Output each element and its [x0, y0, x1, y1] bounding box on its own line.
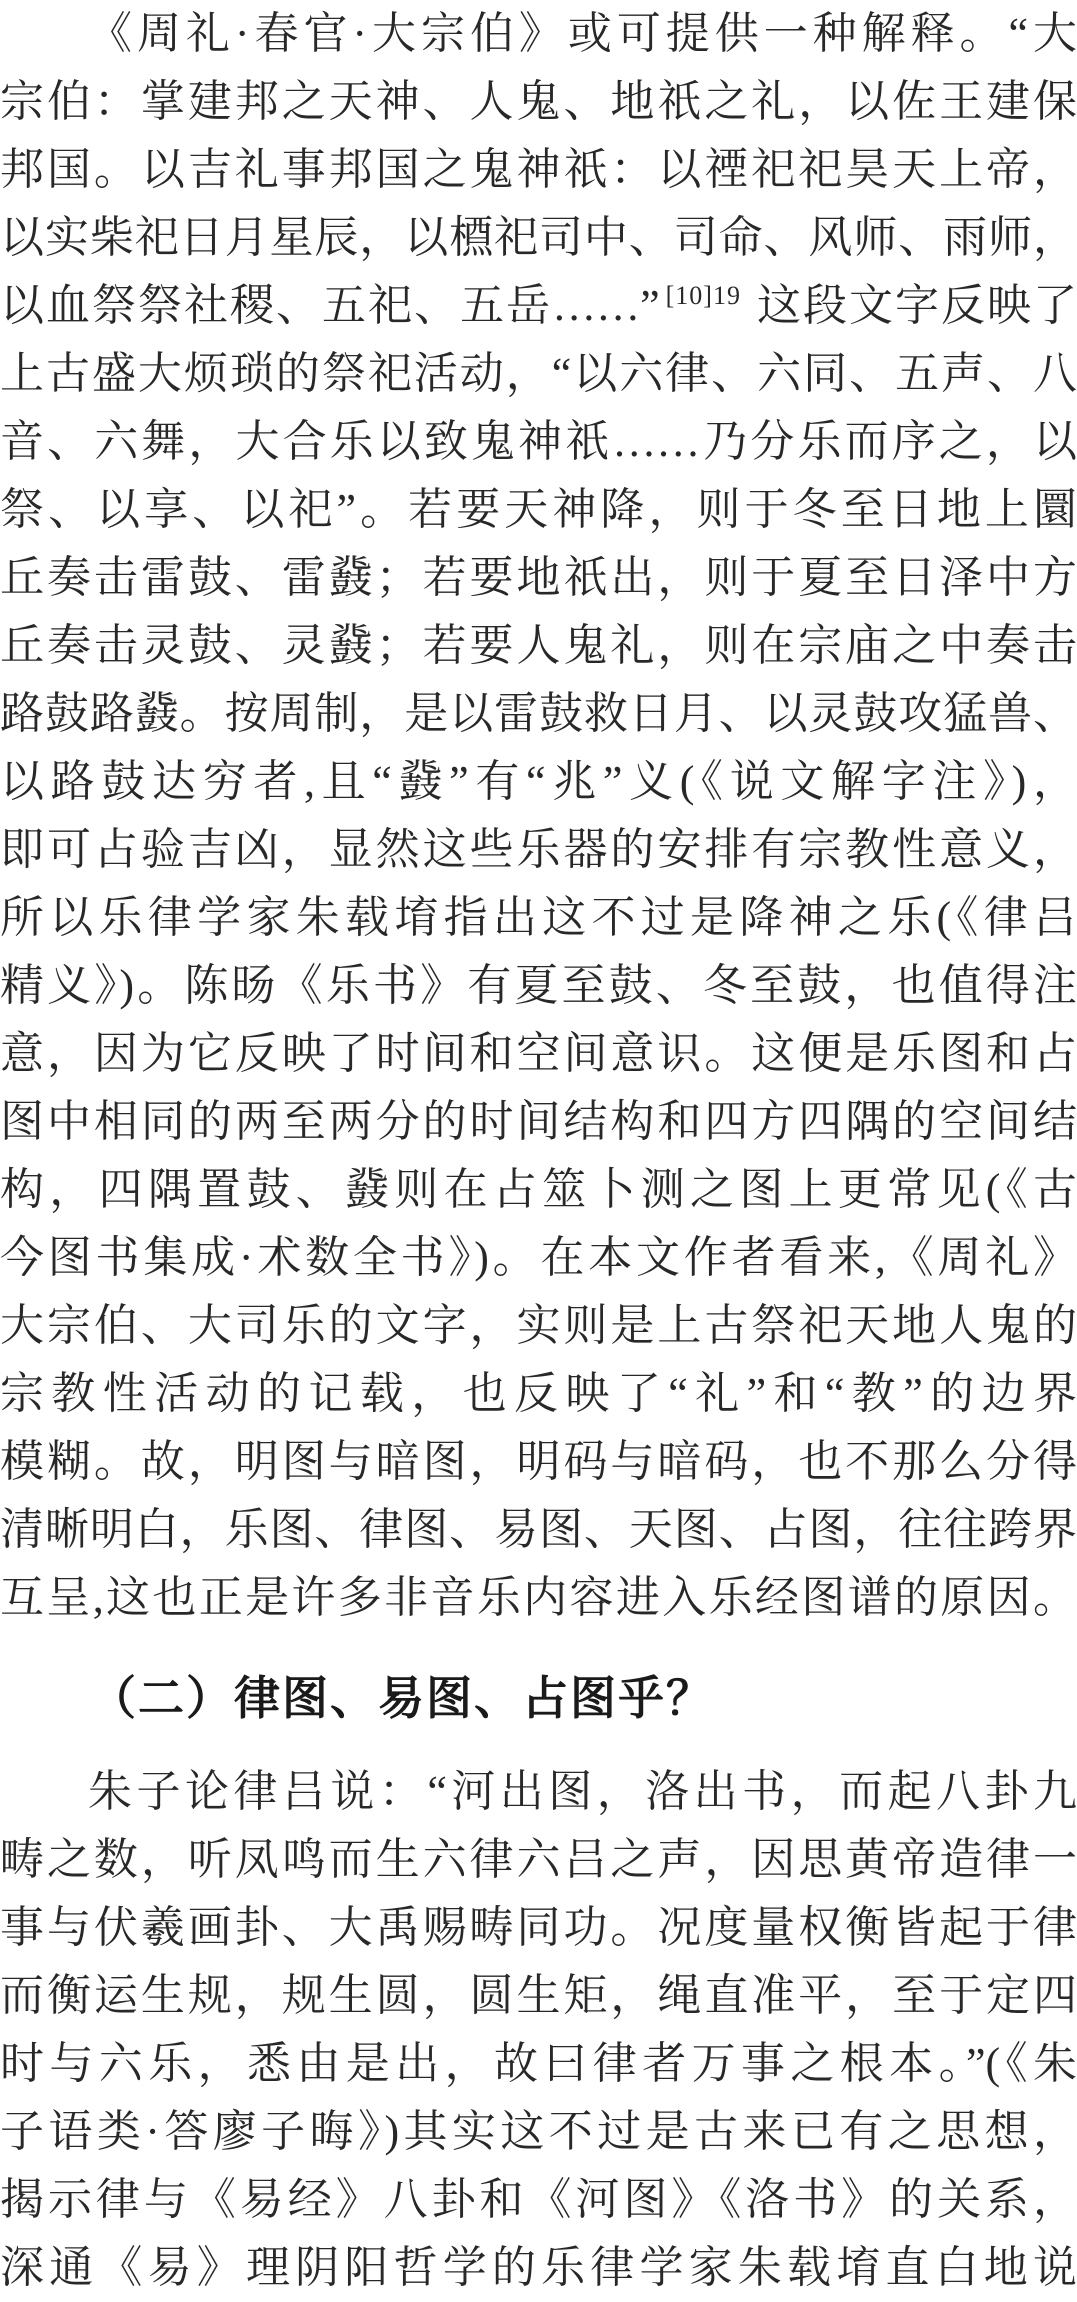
- text-line: 路鼓路鼗。按周制，是以雷鼓救日月、以灵鼓攻猛兽、: [0, 680, 1077, 748]
- paragraph-ritual-sacrifice: 《周礼·春官·大宗伯》或可提供一种解释。“大宗伯：掌建邦之天神、人鬼、地祇之礼，…: [0, 0, 1077, 1632]
- text-line: 子语类·答廖子晦》)其实这不过是古来已有之思想，: [0, 2098, 1077, 2166]
- text-line: 精义》)。陈旸《乐书》有夏至鼓、冬至鼓，也值得注: [0, 952, 1077, 1020]
- text-line: 邦国。以吉礼事邦国之鬼神祇：以禋祀祀昊天上帝，: [0, 136, 1077, 204]
- text-line: 以实柴祀日月星辰，以槱祀司中、司命、风师、雨师，: [0, 204, 1077, 272]
- section-heading: （二）律图、易图、占图乎？: [0, 1662, 1077, 1736]
- body-text: 这段文字反映了: [755, 281, 1077, 330]
- text-line: 畴之数，听凤鸣而生六律六吕之声，因思黄帝造律一: [0, 1826, 1077, 1894]
- text-line: 模糊。故，明图与暗图，明码与暗码，也不那么分得: [0, 1428, 1077, 1496]
- text-line: 宗教性活动的记载，也反映了“礼”和“教”的边界: [0, 1360, 1077, 1428]
- quote-text: 以血祭祭社稷、五祀、五岳……”: [0, 281, 660, 330]
- text-line: 祭、以享、以祀”。若要天神降，则于冬至日地上圜: [0, 476, 1077, 544]
- text-line: 即可占验吉凶，显然这些乐器的安排有宗教性意义，: [0, 816, 1077, 884]
- text-line: 《周礼·春官·大宗伯》或可提供一种解释。“大: [0, 0, 1077, 68]
- text-line: 时与六乐，悉由是出，故曰律者万事之根本。”(《朱: [0, 2030, 1077, 2098]
- text-line: 深通《易》理阴阳哲学的乐律学家朱载堉直白地说: [0, 2234, 1077, 2302]
- paragraph-zhuzi-lvlv: 朱子论律吕说：“河出图，洛出书，而起八卦九畴之数，听凤鸣而生六律六吕之声，因思黄…: [0, 1758, 1077, 2302]
- text-line: 朱子论律吕说：“河出图，洛出书，而起八卦九: [0, 1758, 1077, 1826]
- text-line: 丘奏击雷鼓、雷鼗；若要地祇出，则于夏至日泽中方: [0, 544, 1077, 612]
- text-line: 上古盛大烦琐的祭祀活动，“以六律、六同、五声、八: [0, 340, 1077, 408]
- text-line: 意，因为它反映了时间和空间意识。这便是乐图和占: [0, 1020, 1077, 1088]
- text-line: 大宗伯、大司乐的文字，实则是上古祭祀天地人鬼的: [0, 1292, 1077, 1360]
- text-line: 图中相同的两至两分的时间结构和四方四隅的空间结: [0, 1088, 1077, 1156]
- text-line: 以路鼓达穷者,且“鼗”有“兆”义(《说文解字注》)，: [0, 748, 1077, 816]
- text-line: 构，四隅置鼓、鼗则在占筮卜测之图上更常见(《古: [0, 1156, 1077, 1224]
- text-line: 音、六舞，大合乐以致鬼神祇……乃分乐而序之，以: [0, 408, 1077, 476]
- text-line: 以血祭祭社稷、五祀、五岳……”[10]19这段文字反映了: [0, 272, 1077, 340]
- text-line: 互呈,这也正是许多非音乐内容进入乐经图谱的原因。: [0, 1564, 1077, 1632]
- document-page: 《周礼·春官·大宗伯》或可提供一种解释。“大宗伯：掌建邦之天神、人鬼、地祇之礼，…: [0, 0, 1077, 2302]
- citation-ref: [10]19: [666, 281, 741, 310]
- text-line: 今图书集成·术数全书》)。在本文作者看来,《周礼》: [0, 1224, 1077, 1292]
- text-line: 清晰明白，乐图、律图、易图、天图、占图，往往跨界: [0, 1496, 1077, 1564]
- text-line: 揭示律与《易经》八卦和《河图》《洛书》的关系，: [0, 2166, 1077, 2234]
- text-line: 而衡运生规，规生圆，圆生矩，绳直准平，至于定四: [0, 1962, 1077, 2030]
- text-line: 所以乐律学家朱载堉指出这不过是降神之乐(《律吕: [0, 884, 1077, 952]
- text-line: 宗伯：掌建邦之天神、人鬼、地祇之礼，以佐王建保: [0, 68, 1077, 136]
- text-line: 事与伏羲画卦、大禹赐畴同功。况度量权衡皆起于律: [0, 1894, 1077, 1962]
- text-line: 丘奏击灵鼓、灵鼗；若要人鬼礼，则在宗庙之中奏击: [0, 612, 1077, 680]
